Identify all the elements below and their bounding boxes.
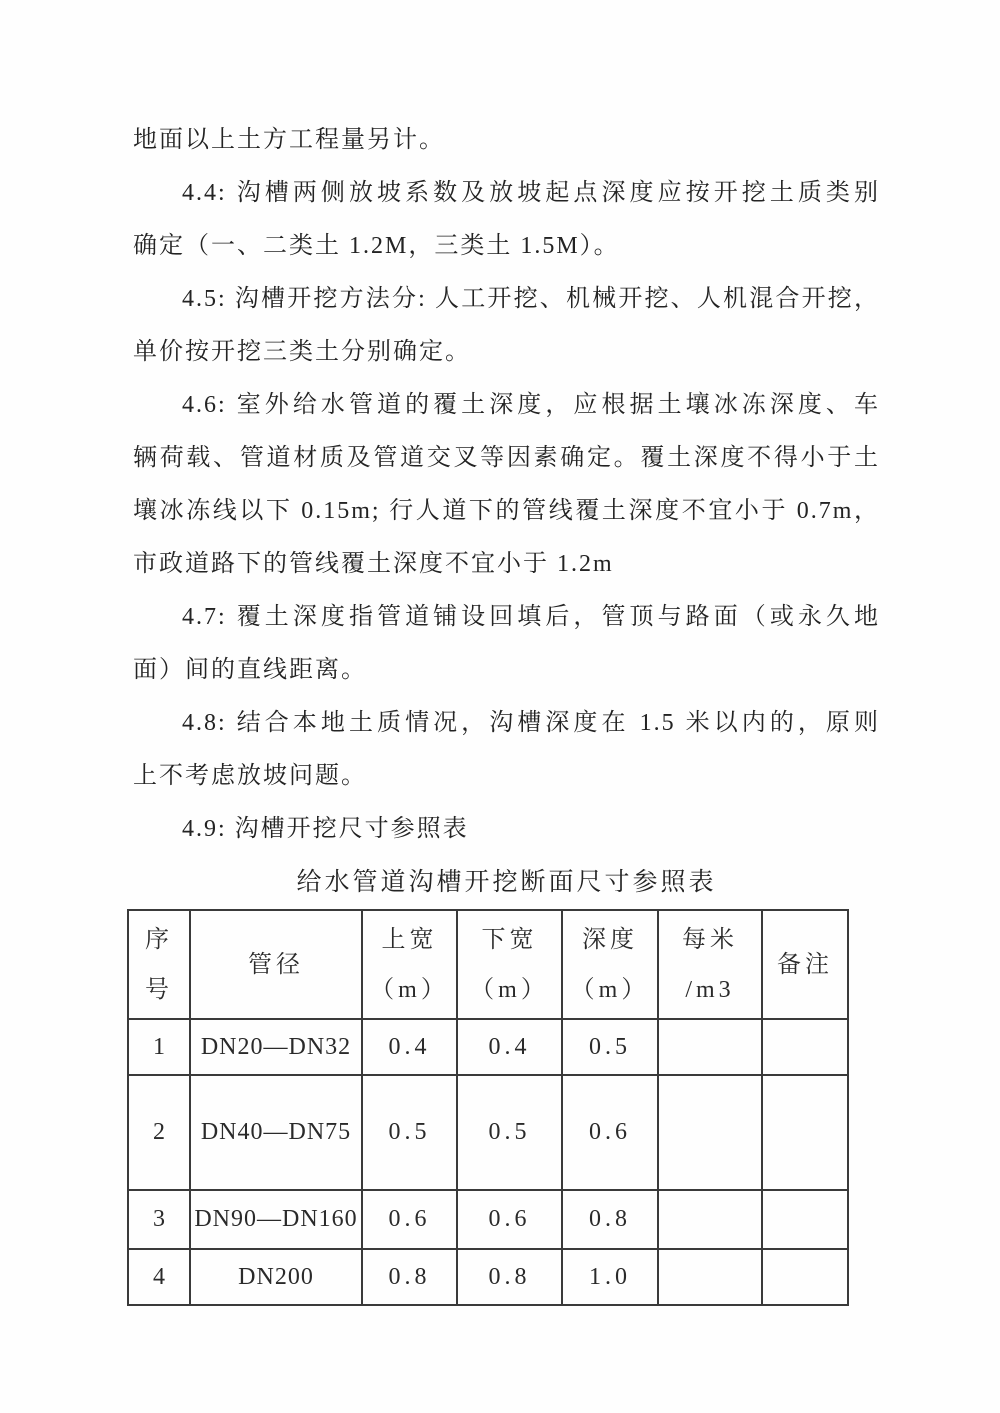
cell-diameter: DN200	[190, 1249, 362, 1305]
cell-top-width: 0.8	[362, 1249, 457, 1305]
paragraph-line: 单价按开挖三类土分别确定。	[133, 326, 880, 379]
cell-seq: 1	[128, 1019, 190, 1075]
paragraph-line: 市政道路下的管线覆土深度不宜小于 1.2m	[133, 538, 880, 591]
table-row: 1DN20—DN320.40.40.5	[128, 1019, 848, 1075]
cell-top-width: 0.4	[362, 1019, 457, 1075]
paragraph-line: 4.4: 沟槽两侧放坡系数及放坡起点深度应按开挖土质类别	[133, 167, 880, 220]
cell-per-meter	[658, 1249, 762, 1305]
table-header-row: 序 号 管径 上宽 （m） 下宽 （m） 深度	[128, 910, 848, 1019]
table-title: 给水管道沟槽开挖断面尺寸参照表	[133, 856, 880, 909]
header-top-width-line1: 上宽	[363, 915, 456, 965]
paragraph-line: 面）间的直线距离。	[133, 644, 880, 697]
paragraph-line: 辆荷载、管道材质及管道交叉等因素确定。覆土深度不得小于土	[133, 432, 880, 485]
header-diameter-label: 管径	[191, 940, 361, 990]
paragraph-line: 上不考虑放坡问题。	[133, 750, 880, 803]
paragraph-line: 确定（一、二类土 1.2M，三类土 1.5M）。	[133, 220, 880, 273]
cell-depth: 0.8	[562, 1190, 658, 1249]
header-depth-line2: （m）	[563, 965, 657, 1015]
table-body: 1DN20—DN320.40.40.52DN40—DN750.50.50.63D…	[128, 1019, 848, 1305]
paragraph-line: 4.8: 结合本地土质情况，沟槽深度在 1.5 米以内的，原则	[133, 697, 880, 750]
header-bottom-width-line1: 下宽	[458, 915, 561, 965]
paragraph-line: 4.7: 覆土深度指管道铺设回填后，管顶与路面（或永久地	[133, 591, 880, 644]
cell-seq: 2	[128, 1075, 190, 1190]
cell-diameter: DN20—DN32	[190, 1019, 362, 1075]
dimensions-table: 序 号 管径 上宽 （m） 下宽 （m） 深度	[127, 909, 849, 1306]
header-seq-line1: 序	[129, 915, 189, 965]
header-per-meter: 每米 /m3	[658, 910, 762, 1019]
cell-seq: 4	[128, 1249, 190, 1305]
cell-depth: 0.6	[562, 1075, 658, 1190]
header-seq: 序 号	[128, 910, 190, 1019]
cell-bottom-width: 0.5	[457, 1075, 562, 1190]
header-depth-line1: 深度	[563, 915, 657, 965]
cell-seq: 3	[128, 1190, 190, 1249]
cell-remark	[762, 1190, 848, 1249]
cell-remark	[762, 1075, 848, 1190]
cell-bottom-width: 0.6	[457, 1190, 562, 1249]
header-bottom-width-line2: （m）	[458, 965, 561, 1015]
header-per-meter-line1: 每米	[659, 915, 761, 965]
table-row: 2DN40—DN750.50.50.6	[128, 1075, 848, 1190]
header-top-width: 上宽 （m）	[362, 910, 457, 1019]
cell-per-meter	[658, 1075, 762, 1190]
cell-remark	[762, 1019, 848, 1075]
header-diameter: 管径	[190, 910, 362, 1019]
paragraph-line: 地面以上土方工程量另计。	[133, 114, 880, 167]
cell-bottom-width: 0.4	[457, 1019, 562, 1075]
paragraph-line: 4.5: 沟槽开挖方法分: 人工开挖、机械开挖、人机混合开挖，	[133, 273, 880, 326]
paragraph-line: 壤冰冻线以下 0.15m; 行人道下的管线覆土深度不宜小于 0.7m，	[133, 485, 880, 538]
document-page: 地面以上土方工程量另计。 4.4: 沟槽两侧放坡系数及放坡起点深度应按开挖土质类…	[0, 0, 1000, 1413]
header-bottom-width: 下宽 （m）	[457, 910, 562, 1019]
cell-top-width: 0.5	[362, 1075, 457, 1190]
header-remark: 备注	[762, 910, 848, 1019]
header-depth: 深度 （m）	[562, 910, 658, 1019]
header-seq-line2: 号	[129, 965, 189, 1015]
document-content: 地面以上土方工程量另计。 4.4: 沟槽两侧放坡系数及放坡起点深度应按开挖土质类…	[133, 114, 880, 1306]
cell-per-meter	[658, 1019, 762, 1075]
cell-diameter: DN40—DN75	[190, 1075, 362, 1190]
paragraph-line: 4.6: 室外给水管道的覆土深度，应根据土壤冰冻深度、车	[133, 379, 880, 432]
cell-top-width: 0.6	[362, 1190, 457, 1249]
cell-depth: 0.5	[562, 1019, 658, 1075]
header-top-width-line2: （m）	[363, 965, 456, 1015]
cell-diameter: DN90—DN160	[190, 1190, 362, 1249]
header-per-meter-line2: /m3	[659, 965, 761, 1015]
header-remark-label: 备注	[763, 940, 847, 990]
cell-per-meter	[658, 1190, 762, 1249]
cell-depth: 1.0	[562, 1249, 658, 1305]
table-row: 3DN90—DN1600.60.60.8	[128, 1190, 848, 1249]
table-row: 4DN2000.80.81.0	[128, 1249, 848, 1305]
cell-bottom-width: 0.8	[457, 1249, 562, 1305]
cell-remark	[762, 1249, 848, 1305]
paragraph-line: 4.9: 沟槽开挖尺寸参照表	[133, 803, 880, 856]
